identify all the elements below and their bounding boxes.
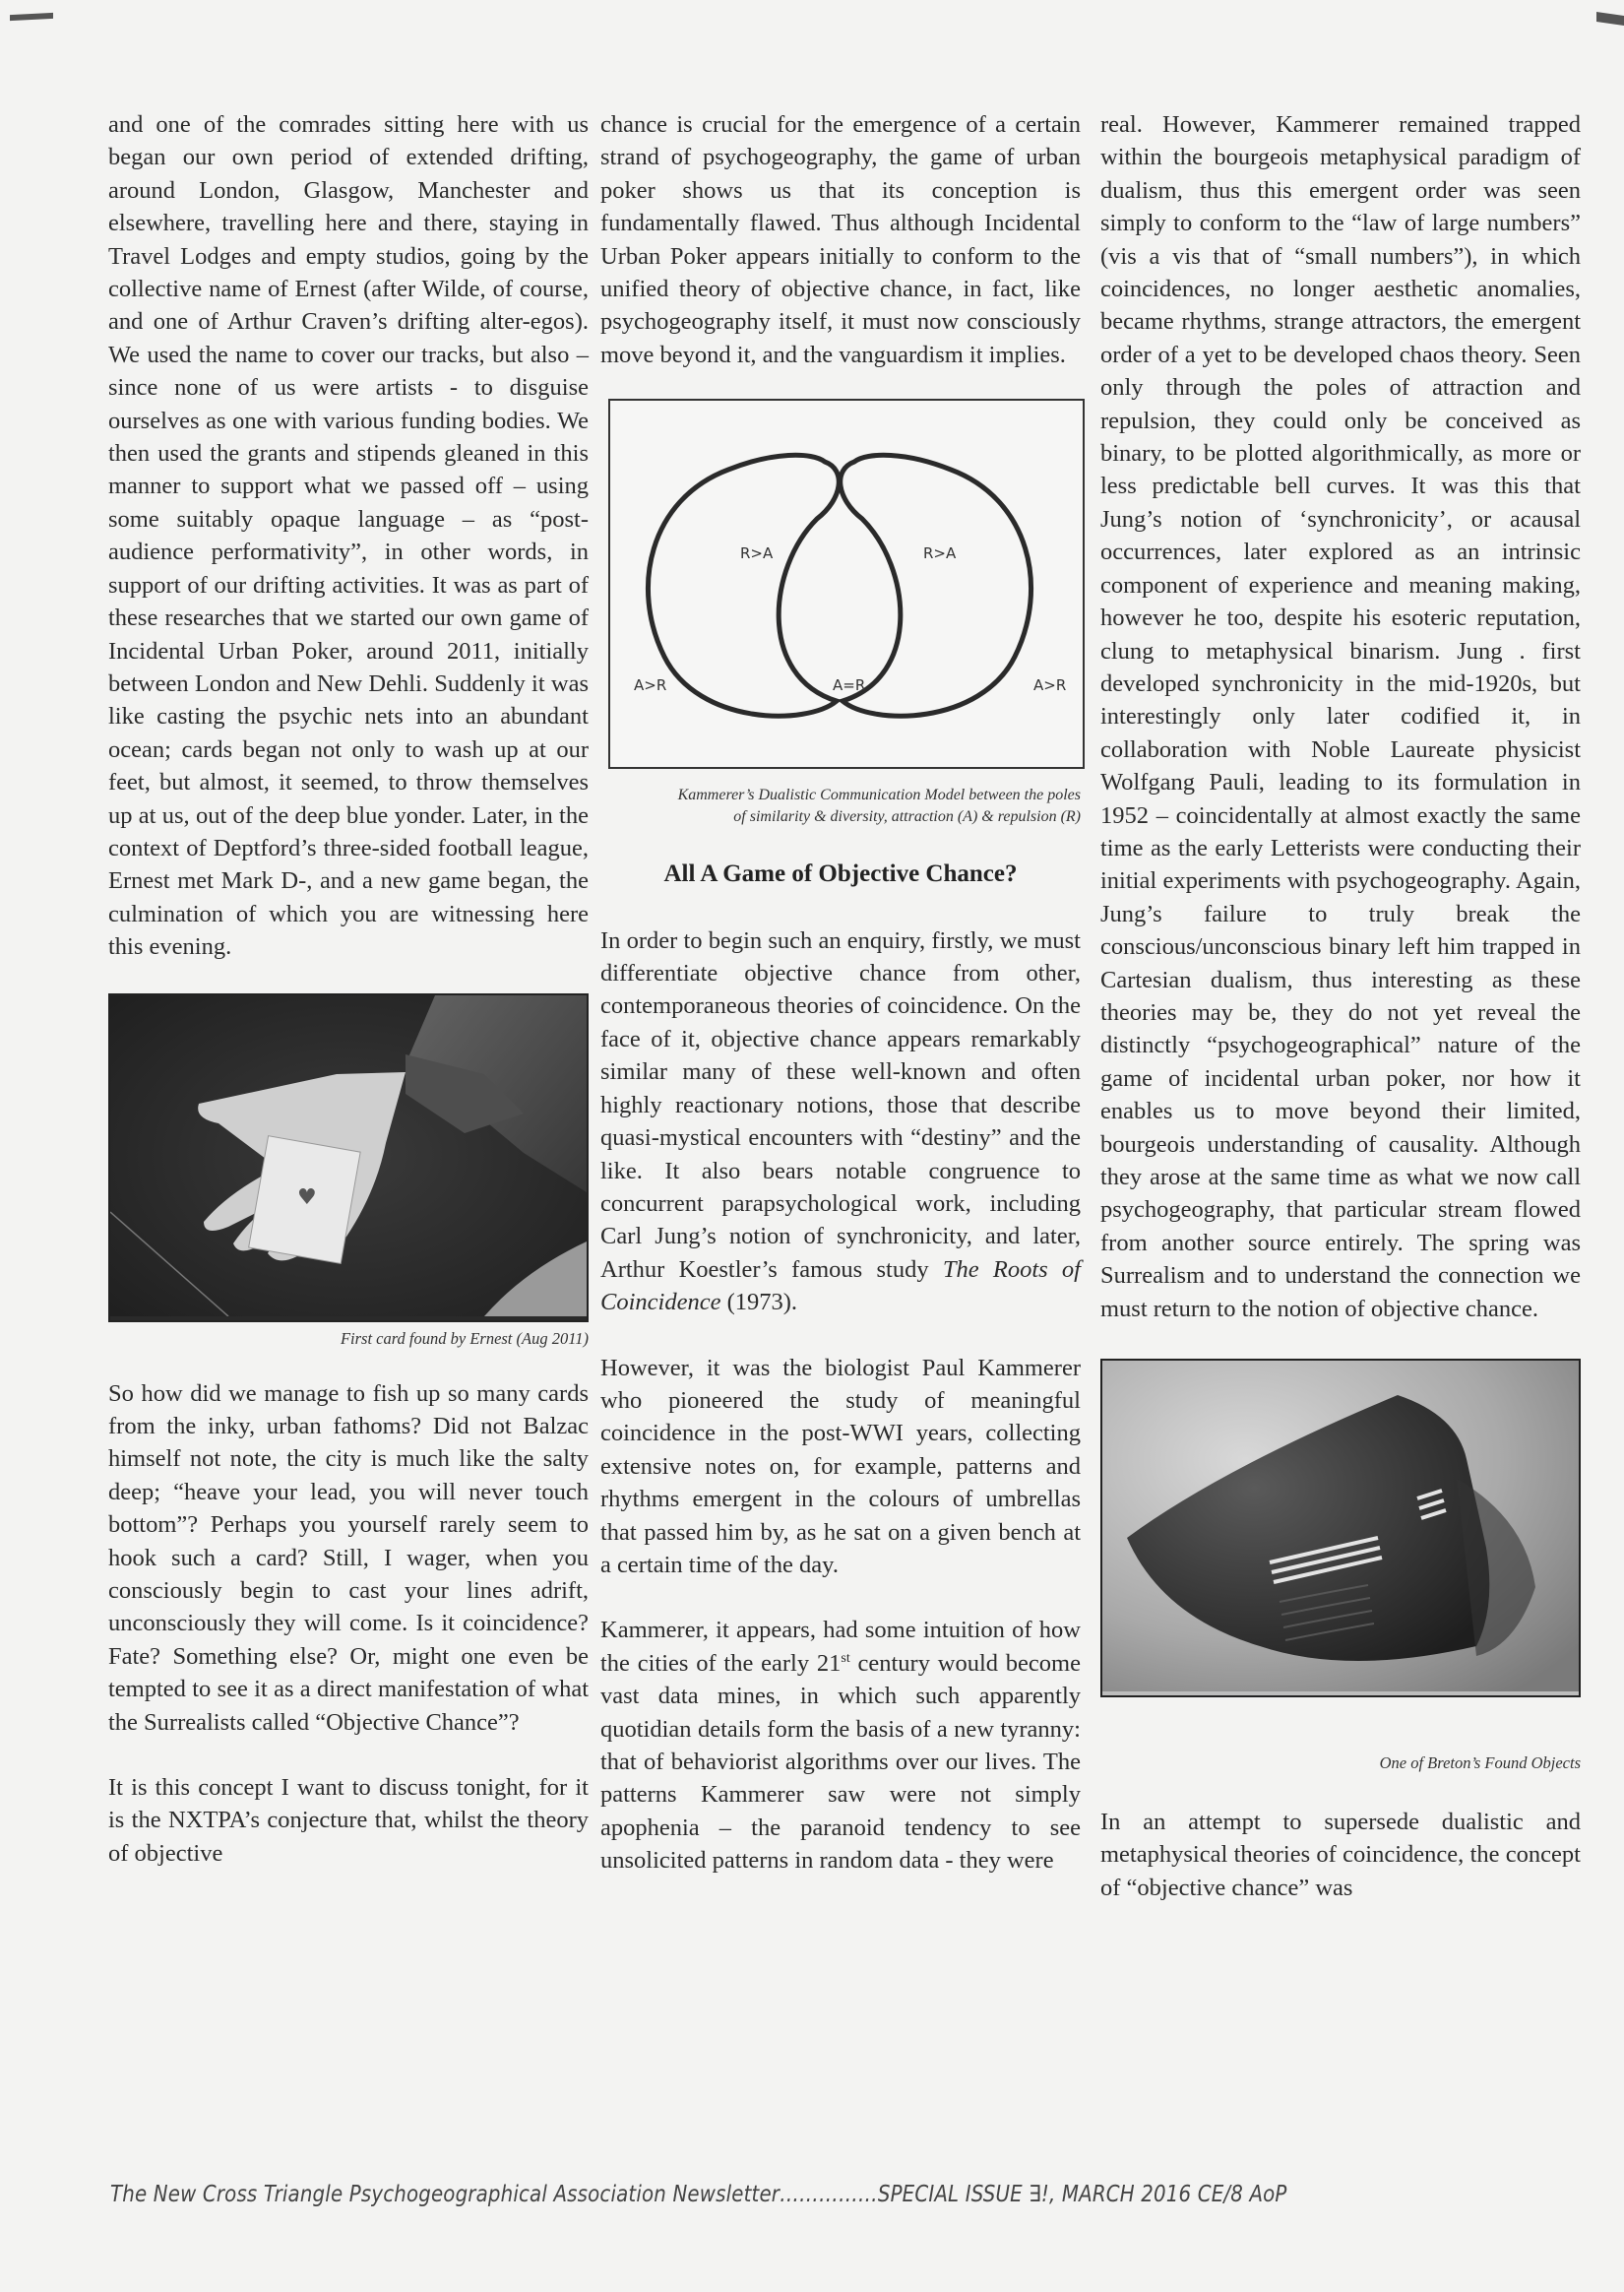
found-object-image-icon xyxy=(1102,1361,1579,1691)
kammerer-diagram: R>A R>A A>R A=R A>R xyxy=(608,399,1085,769)
label-center: A=R xyxy=(833,676,865,694)
body-paragraph: In an attempt to supersede dualistic and… xyxy=(1100,1806,1581,1904)
body-paragraph: So how did we manage to fish up so many … xyxy=(108,1377,589,1739)
diagram-caption: Kammerer’s Dualistic Communication Model… xyxy=(600,785,1081,828)
body-paragraph: However, it was the biologist Paul Kamme… xyxy=(600,1352,1081,1582)
scan-edge-mark-left xyxy=(10,13,53,21)
body-paragraph: chance is crucial for the emergence of a… xyxy=(600,108,1081,371)
diagram-caption-line-2: of similarity & diversity, attraction (A… xyxy=(600,806,1081,828)
photo-caption: One of Breton’s Found Objects xyxy=(1100,1752,1581,1774)
photo-caption: First card found by Ernest (Aug 2011) xyxy=(108,1328,589,1350)
dualistic-model-diagram-icon: R>A R>A A>R A=R A>R xyxy=(610,401,1083,767)
label-left-inner: R>A xyxy=(740,544,774,562)
hand-card-image-icon: ♥ xyxy=(110,995,587,1316)
label-left-outer: A>R xyxy=(634,676,666,694)
svg-text:♥: ♥ xyxy=(297,1185,317,1210)
diagram-figure: R>A R>A A>R A=R A>R Kammerer’s Dualistic… xyxy=(600,399,1081,828)
body-paragraph: and one of the comrades sitting here wit… xyxy=(108,108,589,964)
column-3: real. However, Kammerer remained trapped… xyxy=(1100,108,1581,1904)
diagram-caption-line-1: Kammerer’s Dualistic Communication Model… xyxy=(600,785,1081,806)
photo-hand-with-card: ♥ xyxy=(108,993,589,1322)
body-paragraph: In order to begin such an enquiry, first… xyxy=(600,924,1081,1319)
label-right-inner: R>A xyxy=(923,544,957,562)
body-paragraph: real. However, Kammerer remained trapped… xyxy=(1100,108,1581,1325)
column-2: chance is crucial for the emergence of a… xyxy=(600,108,1081,1878)
column-1: and one of the comrades sitting here wit… xyxy=(108,108,589,1870)
scan-edge-mark-right xyxy=(1596,12,1624,26)
body-paragraph: It is this concept I want to discuss ton… xyxy=(108,1771,589,1870)
photo-figure-first-card: ♥ First card found by Ernest (Aug 2011) xyxy=(108,993,589,1350)
label-right-outer: A>R xyxy=(1033,676,1066,694)
newsletter-footer: The New Cross Triangle Psychogeographica… xyxy=(110,2182,1397,2207)
photo-found-object xyxy=(1100,1359,1581,1697)
photo-figure-found-object: One of Breton’s Found Objects xyxy=(1100,1359,1581,1774)
body-paragraph: Kammerer, it appears, had some intuition… xyxy=(600,1614,1081,1877)
section-heading: All A Game of Objective Chance? xyxy=(600,858,1081,890)
